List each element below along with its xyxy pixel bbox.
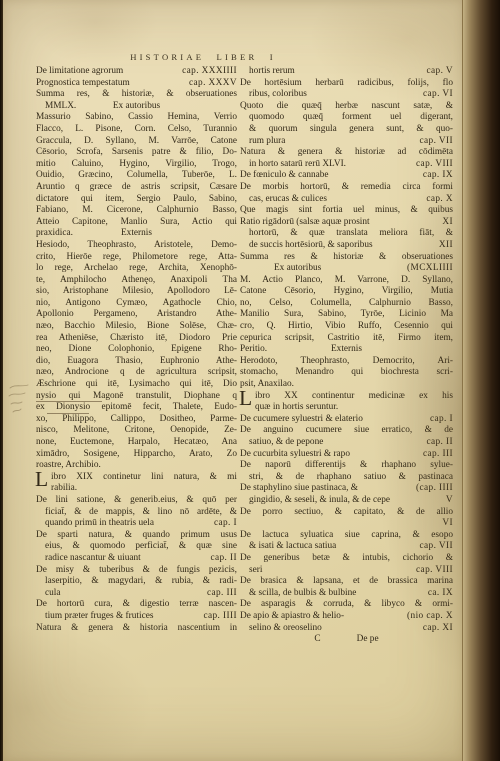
text-line: De cucumere syluestri & elateriocap. I	[240, 414, 453, 426]
text-line: De cucurbita syluestri & rapocap. III	[240, 449, 453, 461]
chapter-ref: cap. I	[209, 518, 237, 530]
text-line: De porro sectiuo, & capitato, & de allio	[240, 507, 453, 519]
line-text: Ratio rigādorū (salsæ aquæ prosint	[240, 217, 370, 229]
text-line: hortorū, & quæ translata meliora fiāt, &	[240, 228, 453, 240]
chapter-ref: cap. X	[421, 194, 453, 206]
text-column-left: De limitatione agrorumcap. XXXIIIIProgno…	[36, 66, 237, 634]
chapter-ref: cap. VI	[418, 89, 453, 101]
text-line: Flacco, L. Pisone, Corn. Celso, Turannio	[36, 124, 237, 136]
text-line: rum pluracap. VII	[240, 136, 453, 148]
centered-heading: Externis	[240, 344, 453, 356]
line-text: De cucurbita syluestri & rapo	[240, 449, 350, 461]
text-line: mitio Caluino, Hygino, Virgilio, Trogo,	[36, 159, 237, 171]
text-line: satiuo, & de peponecap. II	[240, 437, 453, 449]
text-line: lo rege, Archelao rege, Archita, Xenophō…	[36, 263, 237, 275]
text-line: Atteio Capitone, Manlio Sura, Actio qui	[36, 217, 237, 229]
text-line: te, Amphilocho Athenęo, Anaxipoli Tha	[36, 275, 237, 287]
line-text: selino & oreoselino	[249, 623, 322, 635]
text-line: Summa res, & historiæ, & obseruationes	[36, 89, 237, 101]
line-text: radice nascantur & uiuant	[45, 553, 141, 565]
chapter-ref: cap. II	[205, 553, 237, 565]
text-line: nisco, Melitone, Critone, Oenopide, Ze-	[36, 425, 237, 437]
line-text: rum plura	[249, 136, 285, 148]
text-line: De anguino cucumere siue erratico, & de	[240, 425, 453, 437]
line-text: quando primū in theatris uela	[45, 518, 154, 530]
text-line: sericap. VIII	[240, 565, 453, 577]
text-line: quando primū in theatris uelacap. I	[36, 518, 237, 530]
handwritten-marginalia	[7, 382, 35, 424]
line-text: hortis rerum	[249, 66, 295, 78]
text-line: De limitatione agrorumcap. XXXIIII	[36, 66, 237, 78]
text-line: Natura & genera & historia nascentium in	[36, 623, 237, 635]
text-line: Natura & genera & historiæ ad cōdimēta	[240, 147, 453, 159]
text-line: selino & oreoselinocap. XI	[240, 623, 453, 635]
chapter-ref: cap. VIII	[411, 159, 453, 171]
text-line: roastre, Archibio.	[36, 460, 237, 472]
text-line: Catone Cēsorio, Hygino, Virgilio, Mutia	[240, 286, 453, 298]
text-line: Quoto die quæq̄ herbæ nascunt satæ, &	[240, 101, 453, 113]
text-line: Cēsorio, Scrofa, Sarsenis patre & filio,…	[36, 147, 237, 159]
text-line: De asparagis & corruda, & libyco & ormi-	[240, 599, 453, 611]
line-text: cula	[45, 588, 60, 600]
text-line: De naporū differentijs & rhaphano sylue-	[240, 460, 453, 472]
text-line: næo, Bacchio Milesio, Bione Solēse, Chæ-	[36, 321, 237, 333]
running-header: HISTORIAE LIBER I	[108, 52, 298, 62]
text-line: næo, Androcione q de agricultura scripsi…	[36, 367, 237, 379]
chapter-ref: (MCXLIIII	[402, 263, 453, 275]
text-line: De hortorū cura, & digestio terræ nascen…	[36, 599, 237, 611]
book-page: HISTORIAE LIBER I De limitatione agrorum…	[3, 0, 463, 761]
chapter-ref: cap. V	[422, 66, 454, 78]
text-line: & isati & lactuca satiuacap. VII	[240, 541, 453, 553]
chapter-ref: V	[441, 495, 453, 507]
text-line: gingidio, & seseli, & inula, & de cepeV	[240, 495, 453, 507]
text-line: nysio qui Magonē transtulit, Diophane q	[36, 391, 237, 403]
chapter-ref: VI	[437, 518, 453, 530]
line-text: de succis hortēsiorū, & saporibus	[249, 240, 373, 252]
text-line: stri, & de rhaphano satiuo & pastinaca	[240, 472, 453, 484]
text-line: cro, Q. Hirtio, Vibio Ruffo, Cesennio qu…	[240, 321, 453, 333]
text-line: & scilla, de bulbis & bulbineca. IX	[240, 588, 453, 600]
page-left-edge	[0, 0, 3, 761]
text-line: Æschrione qui itē, Lysimacho qui itē, Di…	[36, 379, 237, 391]
line-text: & scilla, de bulbis & bulbine	[249, 588, 356, 600]
chapter-ref: cap. VII	[415, 136, 454, 148]
signature-line: CDe pe	[240, 634, 453, 646]
text-line: tium præter fruges & fruticescap. IIII	[36, 611, 237, 623]
text-line: ficiat̄, & de mappis, & lino nō ardēte, …	[36, 507, 237, 519]
line-text: De apio & apiastro & helio-	[240, 611, 344, 623]
signature-mark: C	[314, 634, 320, 646]
text-line: Manilio Sura, Sabino, Tyrōe, Licinio Ma	[240, 309, 453, 321]
text-line: De misy & tuberibus & de fungis pezicis,	[36, 565, 237, 577]
chapter-ref: cap. III	[202, 588, 237, 600]
text-line: Hesiodo, Theophrasto, Aristotele, Demo-	[36, 240, 237, 252]
text-line: ibro XX continentur medicinæ ex his	[240, 391, 453, 403]
text-line: VI	[240, 518, 453, 530]
text-line: Que magis sint fortia uel minus, & quibu…	[240, 205, 453, 217]
text-line: Apollonio Pergameno, Aristandro Athe-	[36, 309, 237, 321]
text-line: crito, Hierōe rege, Philometore rege, At…	[36, 252, 237, 264]
text-line: De hortēsium herbarū radicibus, folijs, …	[240, 78, 453, 90]
chapter-ref: cap. XXXIIII	[177, 66, 237, 78]
centered-heading: Ex autoribus	[36, 101, 237, 113]
text-line: Herodoto, Theophrasto, Democrito, Ari-	[240, 356, 453, 368]
line-text: & isati & lactuca satiua	[249, 541, 336, 553]
text-line: xo, Philippo, Callippo, Dositheo, Parme-	[36, 414, 237, 426]
line-text: gingidio, & seseli, & inula, & de cepe	[249, 495, 390, 507]
text-line: de succis hortēsiorū, & saporibusXII	[240, 240, 453, 252]
chapter-ref: ca. IX	[423, 588, 453, 600]
text-line: none, Euctemone, Harpalo, Hecatæo, Ana	[36, 437, 237, 449]
text-line: laserpitio, & magydari, & rubia, & radi-	[36, 576, 237, 588]
text-line: hortis rerumcap. V	[240, 66, 453, 78]
line-text: ribus, coloribus	[249, 89, 307, 101]
text-line: De lactuca syluatica siue caprina, & eso…	[240, 530, 453, 542]
chapter-ref: XII	[434, 240, 453, 252]
book-photo: HISTORIAE LIBER I De limitatione agrorum…	[0, 0, 500, 761]
text-line: no, Celso, Columella, Calphurnio Basso,	[240, 298, 453, 310]
text-line: Summa res & historiæ & obseruationes	[240, 252, 453, 264]
text-line: De lini satione, & generib.eius, & quō p…	[36, 495, 237, 507]
text-line: Aruntio q græce de astris scripsit, Cæsa…	[36, 182, 237, 194]
line-text: De cucumere syluestri & elaterio	[240, 414, 363, 426]
text-line: Ex autoribus(MCXLIIII	[240, 263, 453, 275]
text-line: ex Dionysio epitomē fecit, Thalete, Eudo…	[36, 402, 237, 414]
chapter-ref: cap. II	[421, 437, 453, 449]
text-line: M. Actio Planco, M. Varrone, D. Syllano,	[240, 275, 453, 287]
chapter-ref: cap. VII	[415, 541, 454, 553]
text-line: Graccula, D. Syllano, M. Varrōe, Catone	[36, 136, 237, 148]
text-line: De staphylino siue pastinaca, &(cap. III…	[240, 483, 453, 495]
text-line: De sparti natura, & quando primum usus	[36, 530, 237, 542]
text-line: radice nascantur & uiuantcap. II	[36, 553, 237, 565]
book-fore-edge	[462, 0, 500, 761]
chapter-ref: cap. IX	[418, 170, 453, 182]
text-line: ximādro, Sosigene, Hipparcho, Arato, Zo	[36, 449, 237, 461]
chapter-ref: cap. III	[418, 449, 453, 461]
text-line: De fœniculo & cannabecap. IX	[240, 170, 453, 182]
text-column-right: hortis rerumcap. VDe hortēsium herbarū r…	[240, 66, 453, 646]
line-text: tium præter fruges & frutices	[45, 611, 153, 623]
chapter-ref: XI	[437, 217, 453, 229]
text-line: De brasica & lapsana, et de brassica mar…	[240, 576, 453, 588]
chapter-ref: cap. I	[425, 414, 453, 426]
text-line: Fabiano, M. Cicerone, Calphurnio Basso,	[36, 205, 237, 217]
line-text: seri	[249, 565, 262, 577]
chapter-ref: cap. VIII	[411, 565, 453, 577]
text-line: sio, Aristophane Milesio, Apollodoro Lē-	[36, 286, 237, 298]
text-line: quæ in hortis seruntur.	[240, 402, 453, 414]
centered-heading: Externis	[36, 228, 237, 240]
chapter-ref: cap. IIII	[198, 611, 237, 623]
text-line: Massurio Sabino, Cassio Hemina, Verrio	[36, 112, 237, 124]
chapter-ref: (cap. IIII	[411, 483, 453, 495]
text-line: culacap. III	[36, 588, 237, 600]
catchword: De pe	[357, 634, 379, 646]
text-line: psit, Anaxilao.	[240, 379, 453, 391]
text-line: De generibus betæ & intubis, cichorio &	[240, 553, 453, 565]
line-text: Prognostica tempestatum	[36, 78, 130, 90]
text-line: MMLX.Ex autoribus	[36, 101, 237, 113]
text-line: & quorum singula genera sunt, & quo-	[240, 124, 453, 136]
text-line: dictatore qui item, Sergio Paulo, Sabino…	[36, 194, 237, 206]
chapter-ref: cap. XXXV	[184, 78, 237, 90]
text-line: eius, & quomodo perficiat̄, & quæ sine	[36, 541, 237, 553]
text-line: De morbis hortorū, & remedia circa formi	[240, 182, 453, 194]
text-line: ibro XIX continetur lini natura, & mi	[36, 472, 237, 484]
line-text: De limitatione agrorum	[36, 66, 123, 78]
line-text: cas, erucas & culices	[249, 194, 327, 206]
line-text: De staphylino siue pastinaca, &	[240, 483, 358, 495]
text-line: cepurica scripsit, Castritio itē, Firmo …	[240, 333, 453, 345]
line-text: Ex autoribus	[274, 263, 321, 275]
text-line: rea Atheniēse, Chæristo itē, Diodoro Pri…	[36, 333, 237, 345]
text-line: cas, erucas & culicescap. X	[240, 194, 453, 206]
text-line: praxidica.Externis	[36, 228, 237, 240]
line-text: De fœniculo & cannabe	[240, 170, 329, 182]
text-line: stomacho, Menandro qui biochresta scri-	[240, 367, 453, 379]
text-line: Prognostica tempestatumcap. XXXV	[36, 78, 237, 90]
chapter-ref: (nio cap. X	[402, 611, 453, 623]
text-line: De apio & apiastro & helio-(nio cap. X	[240, 611, 453, 623]
text-line: quomodo quæq̄ forment uel digerant,	[240, 112, 453, 124]
text-line: Ratio rigādorū (salsæ aquæ prosintXI	[240, 217, 453, 229]
text-line: in horto satarū rerū XLVI.cap. VIII	[240, 159, 453, 171]
line-text: in horto satarū rerū XLVI.	[249, 159, 346, 171]
text-line: neo, Dione Colophonio, Epigene Rho-	[36, 344, 237, 356]
text-line: Peritio.Externis	[240, 344, 453, 356]
text-line: dio, Euagora Thasio, Euphronio Athe-	[36, 356, 237, 368]
text-line: nio, Antigono Cymæo, Agathocle Chio,	[36, 298, 237, 310]
text-line: Ouidio, Græcino, Columella, Tuberōe, L.	[36, 170, 237, 182]
line-text: satiuo, & de pepone	[249, 437, 323, 449]
text-line: ribus, coloribuscap. VI	[240, 89, 453, 101]
chapter-ref: cap. XI	[418, 623, 453, 635]
text-line: rabilia.	[36, 483, 237, 495]
